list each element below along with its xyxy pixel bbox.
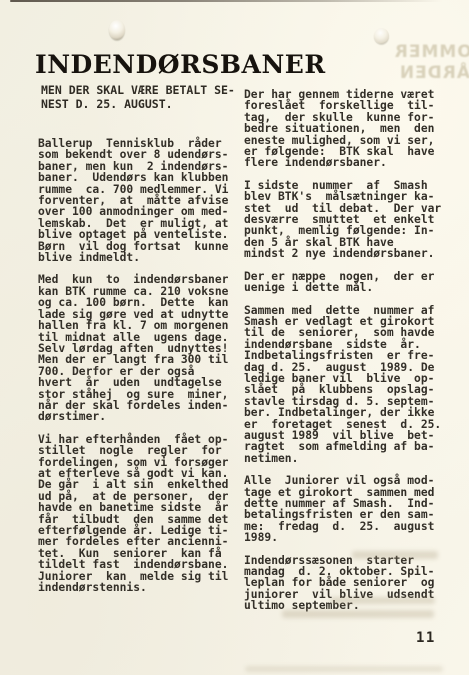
paragraph: Ballerup Tennisklub råder som bekendt ov… — [38, 138, 248, 263]
bleedthrough-smudge — [352, 551, 438, 559]
paragraph: I sidste nummer af Smash blev BTK's måls… — [244, 180, 454, 260]
page-title: INDENDØRSBANER — [35, 50, 326, 80]
bleedthrough-smudge — [330, 597, 435, 604]
scanned-newsletter-page: SOMMER GÅRDEN INDENDØRSBANER MEN DER SKA… — [0, 0, 469, 675]
paragraph: Vi har efterhånden fået op- stillet nogl… — [38, 434, 248, 594]
paragraph: Med kun to indendørsbaner kan BTK rumme … — [38, 274, 248, 422]
bleedthrough-text: SOMMER GÅRDEN — [393, 42, 469, 84]
scan-edge-line — [10, 0, 442, 2]
article-subheading: MEN DER SKAL VÆRE BETALT SE- NEST D. 25.… — [41, 84, 235, 111]
paragraph: Sammen med dette nummer af Smash er vedl… — [244, 305, 454, 465]
right-column: Der har gennem tiderne været foreslået f… — [244, 89, 454, 623]
paragraph: Der har gennem tiderne været foreslået f… — [244, 89, 454, 169]
left-column: Ballerup Tennisklub råder som bekendt ov… — [38, 138, 248, 604]
staple-hole-left — [109, 20, 125, 40]
paragraph: Der er næppe nogen, der er uenige i dett… — [244, 271, 454, 294]
paragraph: Alle Juniorer vil også mod- tage et giro… — [244, 475, 454, 543]
page-number: 11 — [416, 630, 436, 646]
bleedthrough-smudge — [245, 666, 443, 672]
bleedthrough-smudge — [282, 610, 434, 618]
staple-hole-right — [374, 28, 389, 44]
